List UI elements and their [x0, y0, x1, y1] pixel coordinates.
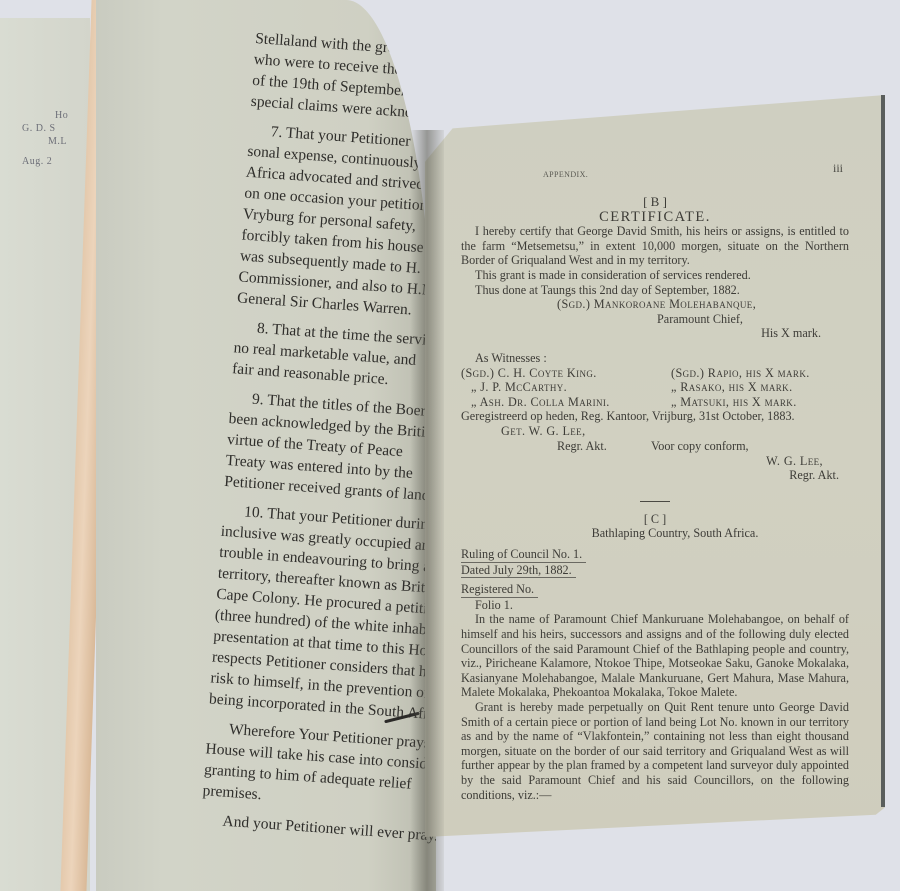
witness-row: (Sgd.) C. H. Coyte King. (Sgd.) Rapio, h… [461, 366, 849, 381]
back-page-fragment: Ho [55, 110, 68, 121]
witness-right: (Sgd.) Rapio, his X mark. [671, 366, 849, 381]
back-page-fragment: G. D. S [22, 123, 56, 134]
certificate-title: CERTIFICATE. [461, 210, 849, 225]
right-page: APPENDIX. iii [ B ] CERTIFICATE. I hereb… [425, 95, 885, 837]
page-block-edge [881, 95, 885, 807]
certificate-body: I hereby certify that George David Smith… [461, 224, 849, 268]
witness-row: „ Ash. Dr. Colla Marini. „ Matsuki, his … [461, 395, 849, 410]
section-divider [640, 501, 670, 502]
section-c-heading: Bathlaping Country, South Africa. [461, 526, 849, 541]
folio-number: Folio 1. [461, 598, 849, 613]
certificate-done-at: Thus done at Taungs this 2nd day of Sept… [461, 283, 849, 298]
certificate-signatory: (Sgd.) Mankoroane Molehabanque, [461, 297, 849, 312]
ruling-date: Dated July 29th, 1882. [461, 563, 576, 579]
copy-title: Regr. Akt. [461, 468, 849, 483]
registration-note: Geregistreerd op heden, Reg. Kantoor, Vr… [461, 409, 849, 424]
left-page: Stellaland with the greater number who w… [96, 0, 436, 891]
certificate-signatory-mark: His X mark. [461, 326, 849, 341]
section-b-label: [ B ] [461, 195, 849, 210]
copy-conform: Voor copy conform, [461, 439, 849, 454]
witnesses-label: As Witnesses : [461, 351, 849, 366]
registrar-name: Get. W. G. Lee, [461, 424, 849, 439]
ruling-paragraph-2: Grant is hereby made perpetually on Quit… [461, 700, 849, 802]
ruling-paragraph-1: In the name of Paramount Chief Mankuruan… [461, 612, 849, 700]
copy-name: W. G. Lee, [461, 454, 849, 469]
witness-row: „ J. P. McCarthy. „ Rasako, his X mark. [461, 380, 849, 395]
witness-right: „ Matsuki, his X mark. [671, 395, 849, 410]
ruling-number: Ruling of Council No. 1. [461, 547, 586, 563]
witness-left: (Sgd.) C. H. Coyte King. [461, 366, 671, 381]
certificate-signatory-title: Paramount Chief, [461, 312, 849, 327]
registered-number: Registered No. [461, 582, 538, 598]
section-c-label: [ C ] [461, 512, 849, 527]
witness-right: „ Rasako, his X mark. [671, 380, 849, 395]
right-page-content: [ B ] CERTIFICATE. I hereby certify that… [461, 163, 849, 802]
text-line: And your Petitioner will ever pray. [200, 809, 436, 852]
witness-left: „ J. P. McCarthy. [461, 380, 671, 395]
back-page-fragment: M.L [48, 136, 67, 147]
back-page-fragment: Aug. 2 [22, 156, 52, 167]
gutter-shadow [410, 130, 444, 891]
witness-left: „ Ash. Dr. Colla Marini. [461, 395, 671, 410]
book-photo: Ho G. D. S M.L Aug. 2 Stellaland with th… [0, 0, 900, 891]
left-page-text: Stellaland with the greater number who w… [199, 28, 436, 860]
certificate-consideration: This grant is made in consideration of s… [461, 268, 849, 283]
